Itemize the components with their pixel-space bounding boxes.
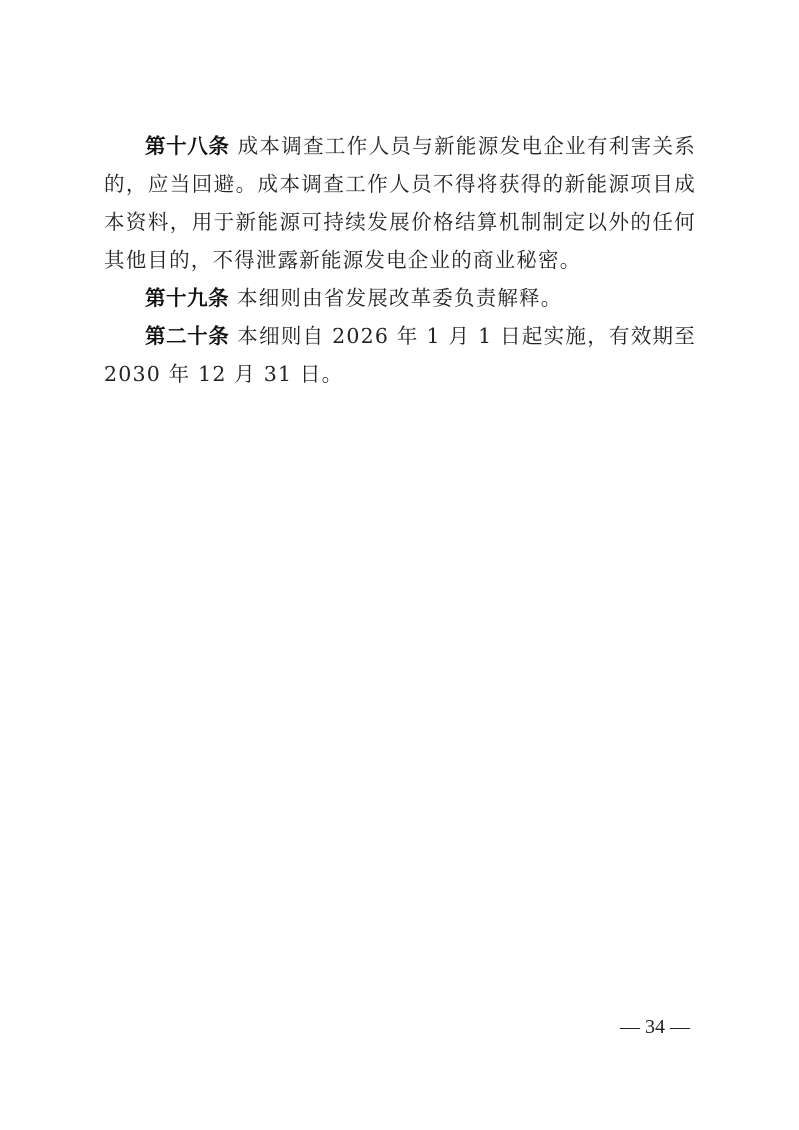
article-19-text: 本细则由省发展改革委负责解释。 xyxy=(237,286,563,310)
article-18-label: 第十八条 xyxy=(145,134,230,158)
article-20-label: 第二十条 xyxy=(145,324,229,348)
article-19-label: 第十九条 xyxy=(145,286,229,310)
article-19: 第十九条本细则由省发展改革委负责解释。 xyxy=(104,279,696,317)
document-body: 第十八条成本调查工作人员与新能源发电企业有利害关系的，应当回避。成本调查工作人员… xyxy=(104,127,696,393)
page-number: — 34 — xyxy=(612,1016,698,1039)
article-20: 第二十条本细则自 2026 年 1 月 1 日起实施，有效期至 2030 年 1… xyxy=(104,317,696,393)
article-18: 第十八条成本调查工作人员与新能源发电企业有利害关系的，应当回避。成本调查工作人员… xyxy=(104,127,696,279)
